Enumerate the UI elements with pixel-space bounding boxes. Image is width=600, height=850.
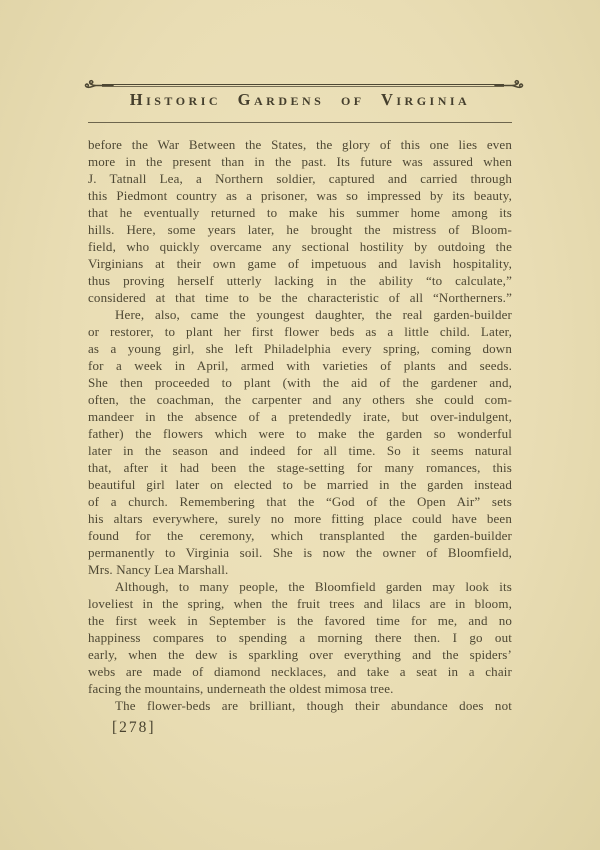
text-line: Here, also, came the youngest daughter, … xyxy=(88,306,512,323)
text-line: facing the mountains, underneath the old… xyxy=(88,680,512,697)
text-line: early, when the dew is sparkling over ev… xyxy=(88,646,512,663)
paragraph: The flower-beds are brilliant, though th… xyxy=(88,697,512,714)
paragraph: before the War Between the States, the g… xyxy=(88,136,512,306)
paragraph: Although, to many people, the Bloomfield… xyxy=(88,578,512,697)
text-line: mandeer in the absence of a pretendedly … xyxy=(88,408,512,425)
text-line: Although, to many people, the Bloomfield… xyxy=(88,578,512,595)
text-line: or restorer, to plant her first flower b… xyxy=(88,323,512,340)
text-line: this Piedmont country as a prisoner, was… xyxy=(88,187,512,204)
text-line: that he eventually returned to make his … xyxy=(88,204,512,221)
text-line: happiness compares to spending a morning… xyxy=(88,629,512,646)
text-line: more in the present than in the past. It… xyxy=(88,153,512,170)
text-line: his altars everywhere, surely no more fi… xyxy=(88,510,512,527)
paragraph: Here, also, came the youngest daughter, … xyxy=(88,306,512,578)
text-line: loveliest in the spring, when the fruit … xyxy=(88,595,512,612)
page-text: before the War Between the States, the g… xyxy=(88,136,512,714)
text-line: as a young girl, she left Philadelphia e… xyxy=(88,340,512,357)
text-line: found for the ceremony, which transplant… xyxy=(88,527,512,544)
text-line: She then proceeded to plant (with the ai… xyxy=(88,374,512,391)
scanned-book-page: Historic Gardens of Virginia before the … xyxy=(0,0,600,850)
text-line: that, after it had been the stage-settin… xyxy=(88,459,512,476)
text-line: before the War Between the States, the g… xyxy=(88,136,512,153)
text-line: of a church. Remembering that the “God o… xyxy=(88,493,512,510)
page-number: [278] xyxy=(112,719,156,737)
text-line: hills. Here, some years later, he brough… xyxy=(88,221,512,238)
text-line: later in the season and indeed for all t… xyxy=(88,442,512,459)
text-line: Virginians at their own game of impetuou… xyxy=(88,255,512,272)
text-line: Mrs. Nancy Lea Marshall. xyxy=(88,561,512,578)
text-line: The flower-beds are brilliant, though th… xyxy=(88,697,512,714)
text-line: permanently to Virginia soil. She is now… xyxy=(88,544,512,561)
text-line: J. Tatnall Lea, a Northern soldier, capt… xyxy=(88,170,512,187)
text-line: the first week in September is the favor… xyxy=(88,612,512,629)
text-line: thus proving herself utterly lacking in … xyxy=(88,272,512,289)
text-line: often, the coachman, the carpenter and a… xyxy=(88,391,512,408)
text-line: considered at that time to be the charac… xyxy=(88,289,512,306)
header-double-rule xyxy=(102,84,504,87)
text-line: webs are made of diamond necklaces, and … xyxy=(88,663,512,680)
header-thin-rule xyxy=(88,122,512,123)
text-line: field, who quickly overcame any sectiona… xyxy=(88,238,512,255)
text-line: father) the flowers which were to make t… xyxy=(88,425,512,442)
running-head-title: Historic Gardens of Virginia xyxy=(88,90,512,110)
text-line: beautiful girl later on elected to be ma… xyxy=(88,476,512,493)
text-line: for a week in April, armed with varietie… xyxy=(88,357,512,374)
